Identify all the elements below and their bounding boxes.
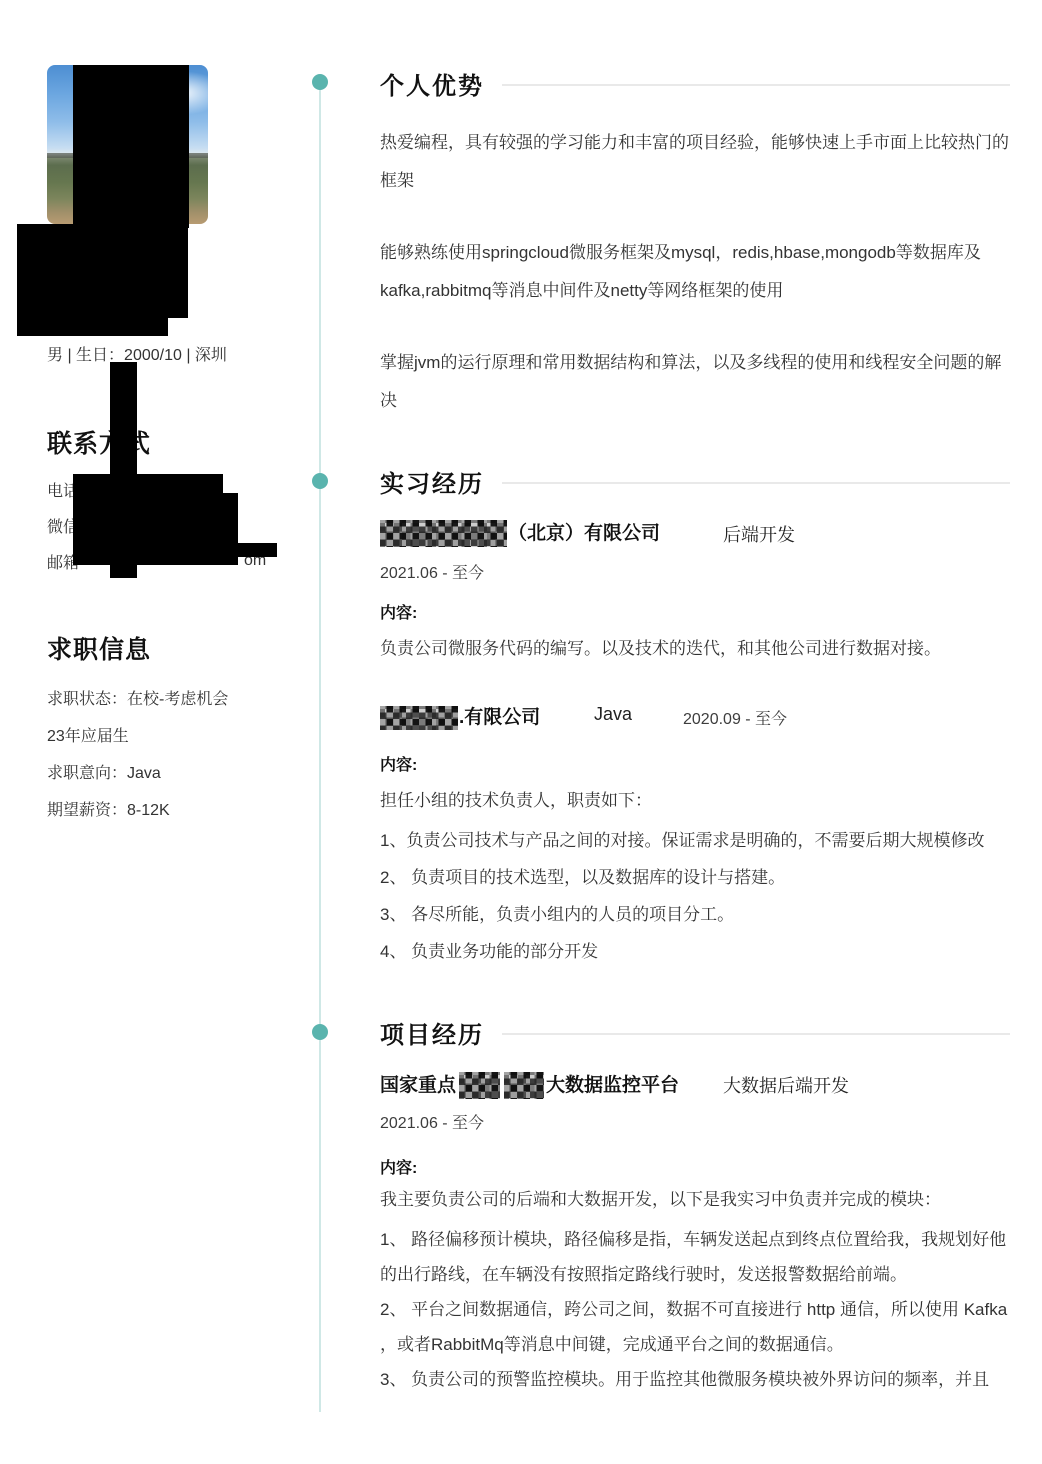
section-rule	[502, 482, 1010, 484]
project-1-modules: 1、 路径偏移预计模块，路径偏移是指，车辆发送起点到终点位置给我，我规划好他的出…	[380, 1222, 1012, 1397]
redaction-box-name-lower	[17, 318, 168, 336]
redaction-strip-email	[238, 543, 277, 557]
photo-slit	[126, 122, 138, 224]
timeline-dot-strengths	[312, 74, 328, 90]
list-item: 3、 各尽所能，负责小组内的人员的项目分工。	[380, 896, 1012, 933]
section-rule	[502, 1033, 1010, 1035]
internship-2-role: Java	[594, 704, 632, 725]
strengths-paragraph-1: 热爱编程，具有较强的学习能力和丰富的项目经验，能够快速上手市面上比较热门的框架	[380, 124, 1012, 200]
job-grad-year: 23年应届生	[47, 723, 129, 746]
internship-1-content: 负责公司微服务代码的编写。以及技术的迭代，和其他公司进行数据对接。	[380, 630, 1012, 668]
resume-page: 男 | 生日：2000/10 | 深圳 联系方式 电话 微信 邮箱 om 求职信…	[0, 0, 1042, 1464]
internship-2-duties: 1、负责公司技术与产品之间的对接。保证需求是明确的，不需要后期大规模修改 2、 …	[380, 822, 1012, 970]
internship-section-title: 实习经历	[380, 464, 484, 499]
list-item: 3、 负责公司的预警监控模块。用于监控其他微服务模块被外界访问的频率，并且	[380, 1362, 1012, 1397]
redaction-box-contact-right	[223, 493, 238, 565]
timeline-line	[319, 82, 321, 1412]
internship-2-company: .有限公司	[459, 702, 540, 729]
redaction-pixel-company-1	[380, 520, 507, 547]
job-section-title: 求职信息	[47, 630, 151, 666]
project-1-dates: 2021.06 - 至今	[380, 1110, 484, 1133]
timeline-dot-internship	[312, 473, 328, 489]
list-item: 2、 负责项目的技术选型，以及数据库的设计与搭建。	[380, 859, 1012, 896]
job-salary: 期望薪资：8-12K	[47, 797, 170, 820]
profile-photo	[47, 65, 208, 224]
internship-1-role: 后端开发	[723, 521, 795, 547]
redaction-pixel-project-1	[459, 1072, 500, 1099]
strengths-paragraph-2: 能够熟练使用springcloud微服务框架及mysql，redis,hbase…	[380, 234, 1012, 310]
redaction-box-name-join	[73, 218, 189, 228]
list-item: 4、 负责业务功能的部分开发	[380, 933, 1012, 970]
job-intention: 求职意向：Java	[47, 760, 161, 783]
list-item: 2、 平台之间数据通信，跨公司之间，数据不可直接进行 http 通信，所以使用 …	[380, 1292, 1012, 1362]
job-status: 求职状态：在校-考虑机会	[47, 686, 228, 709]
redaction-pixel-company-2	[380, 706, 458, 730]
projects-section-title: 项目经历	[380, 1015, 484, 1050]
redaction-pixel-project-2	[504, 1072, 544, 1099]
strengths-paragraph-3: 掌握jvm的运行原理和常用数据结构和算法，以及多线程的使用和线程安全问题的解决	[380, 344, 1012, 420]
strengths-section-title: 个人优势	[380, 66, 484, 101]
project-1-intro: 我主要负责公司的后端和大数据开发，以下是我实习中负责并完成的模块：	[380, 1182, 1012, 1217]
project-1-role: 大数据后端开发	[723, 1072, 849, 1098]
redaction-box-contact	[73, 474, 223, 565]
list-item: 1、负责公司技术与产品之间的对接。保证需求是明确的，不需要后期大规模修改	[380, 822, 1012, 859]
internship-1-content-label: 内容:	[380, 600, 417, 623]
project-1-name-suffix: 大数据监控平台	[546, 1070, 679, 1097]
internship-2-dates: 2020.09 - 至今	[683, 706, 787, 729]
internship-1-company: （北京）有限公司	[508, 518, 660, 545]
project-1-name-prefix: 国家重点	[380, 1070, 456, 1097]
internship-2-intro: 担任小组的技术负责人，职责如下：	[380, 782, 1012, 820]
internship-1-dates: 2021.06 - 至今	[380, 560, 484, 583]
project-1-content-label: 内容:	[380, 1155, 417, 1178]
internship-2-content-label: 内容:	[380, 752, 417, 775]
section-rule	[502, 84, 1010, 86]
redaction-box-name-upper	[17, 224, 188, 318]
timeline-dot-projects	[312, 1024, 328, 1040]
list-item: 1、 路径偏移预计模块，路径偏移是指，车辆发送起点到终点位置给我，我规划好他的出…	[380, 1222, 1012, 1292]
